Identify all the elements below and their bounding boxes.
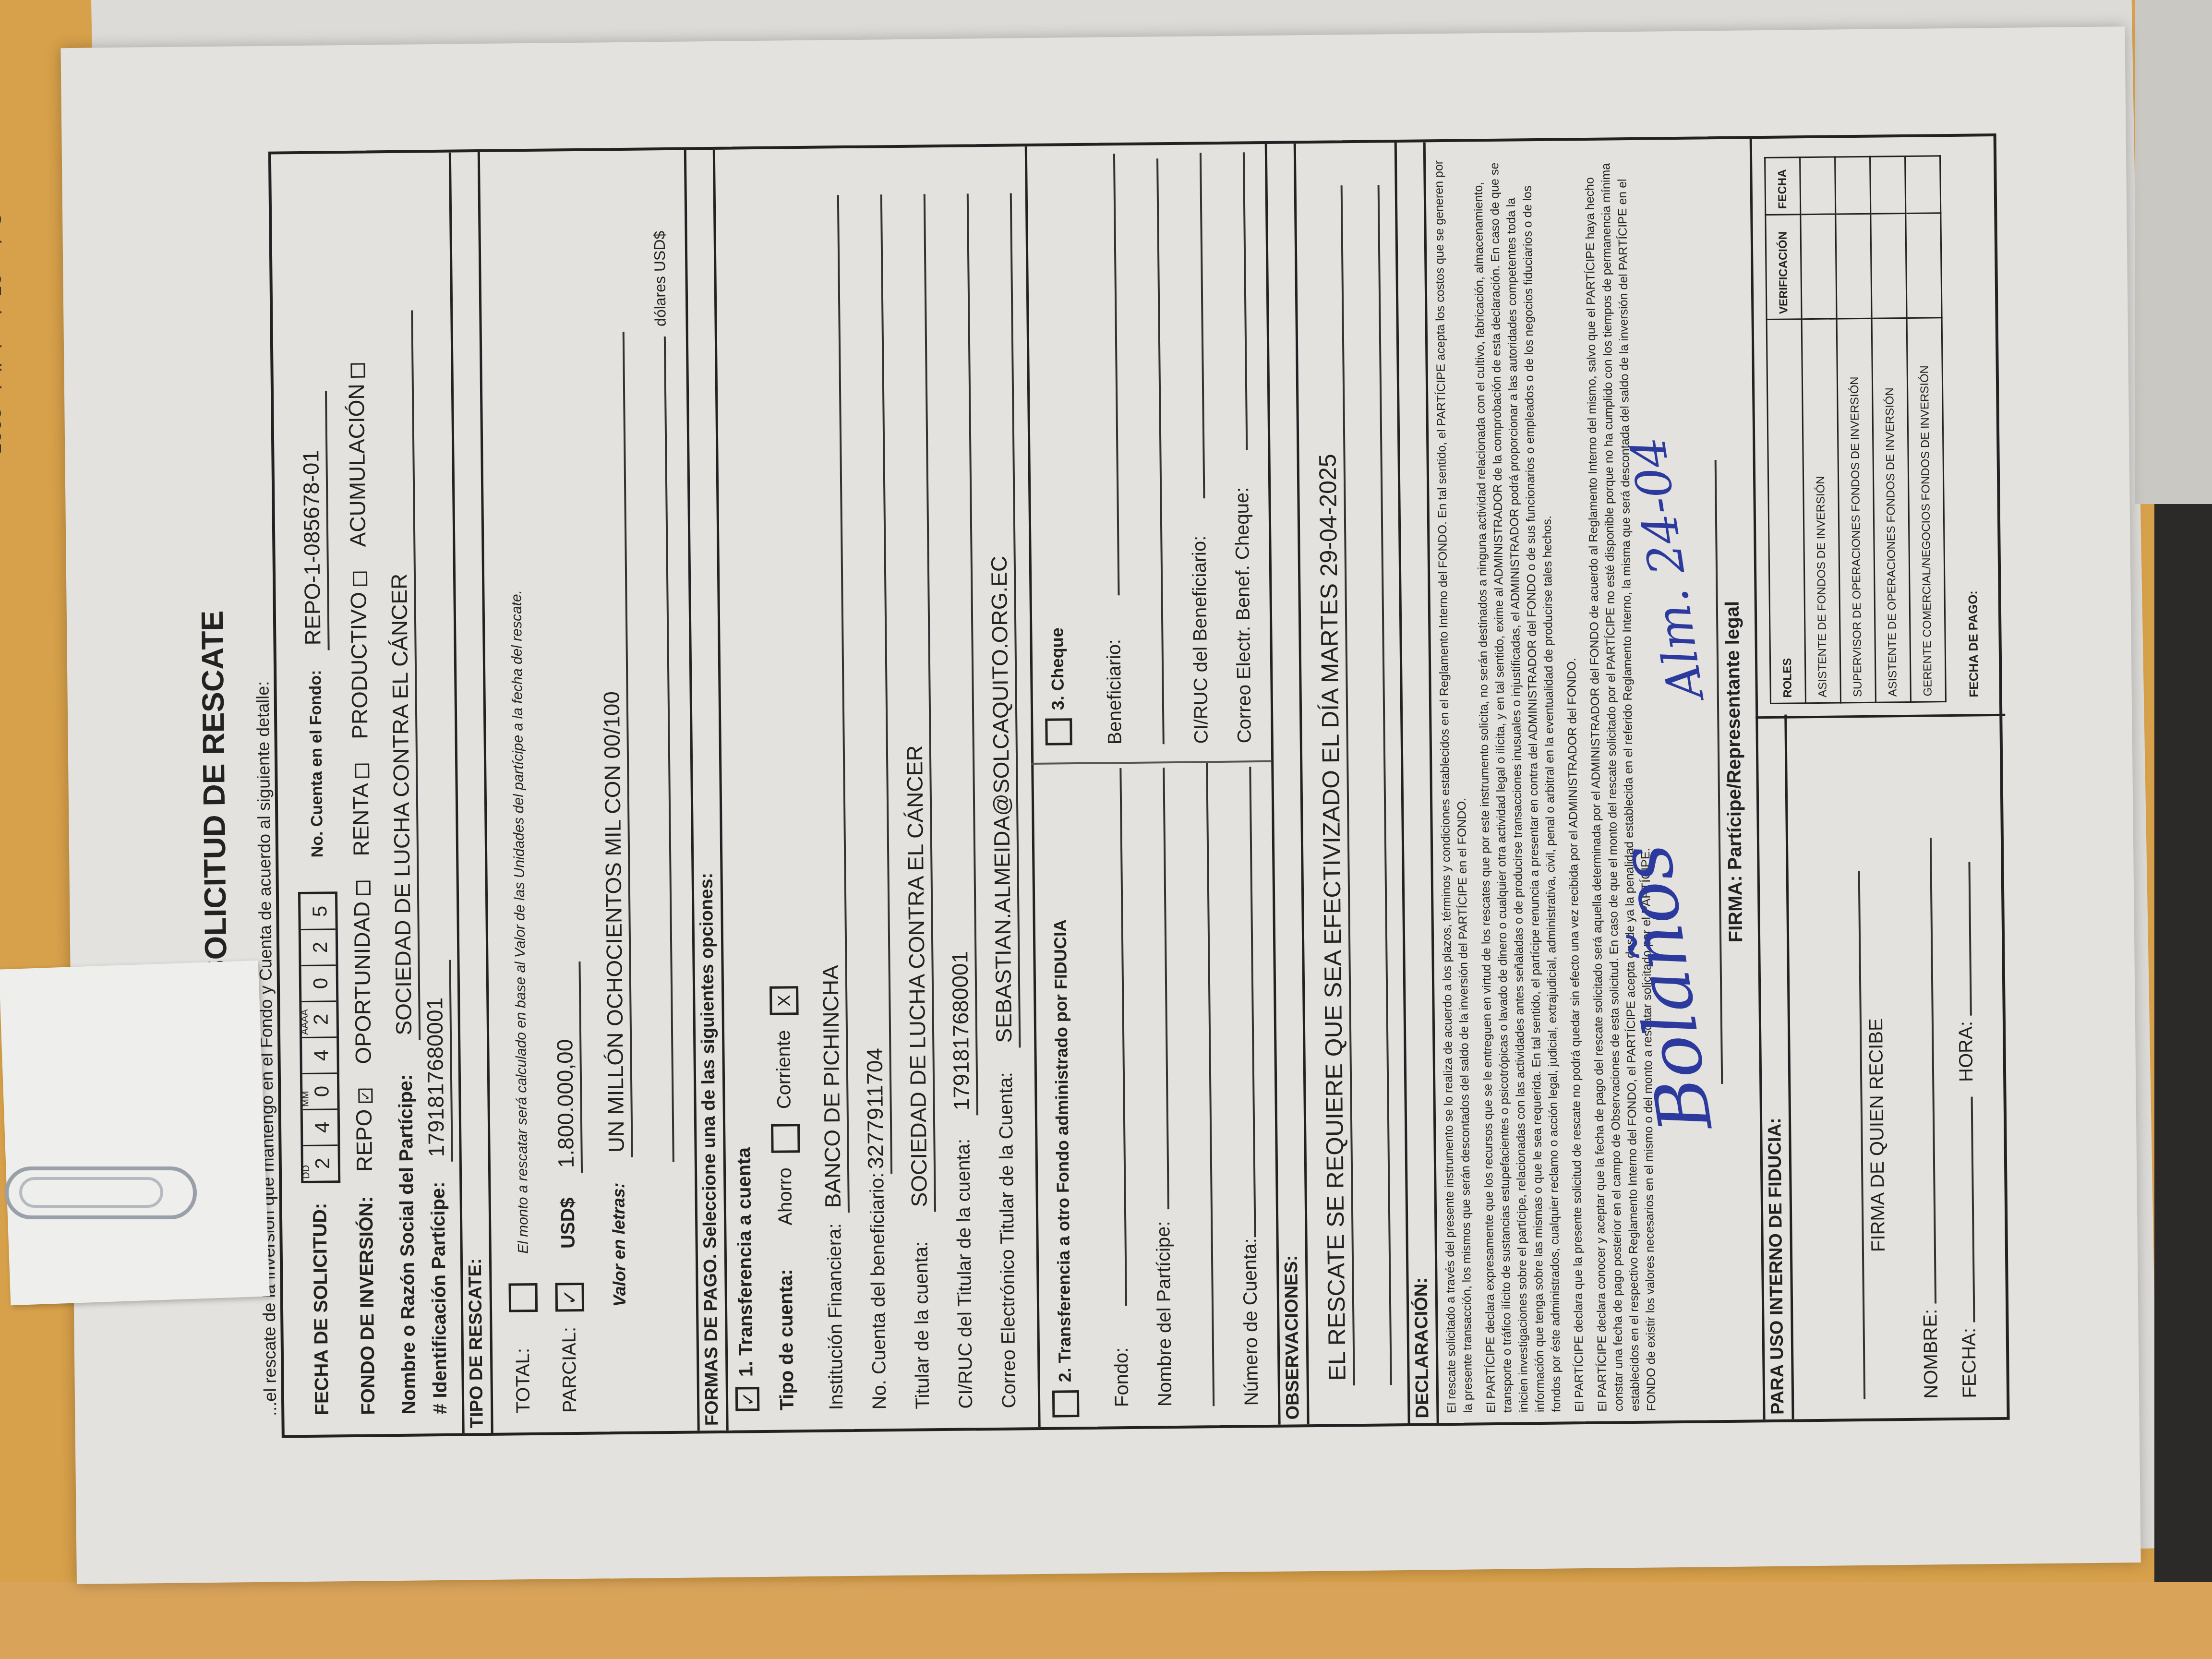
verificacion-cell[interactable] xyxy=(1836,214,1872,319)
background-right-strip xyxy=(2135,0,2212,504)
role-cell: ASISTENTE DE OPERACIONES FONDOS DE INVER… xyxy=(1872,318,1911,702)
date-digit: 4 xyxy=(303,1108,338,1145)
declaracion-heading: DECLARACIÓN: xyxy=(1411,1277,1433,1419)
table-row: GERENTE COMERCIAL/NEGOCIOS FONDOS DE INV… xyxy=(1905,156,1946,702)
date-digit: AAAA2 xyxy=(301,1000,337,1037)
roles-table: ROLES VERIFICACIÓN FECHA ASISTENTE DE FO… xyxy=(1764,155,1947,704)
nombre-recibe-field[interactable] xyxy=(1911,838,1936,1304)
observaciones-row: EL RESCATE SE REQUIERE QUE SEA EFECTIVIZ… xyxy=(1311,185,1355,1386)
cheque-beneficiario-row: Beneficiario: xyxy=(1092,154,1126,745)
firma-label: FIRMA: Partícipe/Representante legal xyxy=(1715,460,1749,1084)
observaciones-value[interactable]: EL RESCATE SE REQUIERE QUE SEA EFECTIVIZ… xyxy=(1311,185,1355,1386)
nombre-recibe-label: NOMBRE: xyxy=(1920,1309,1942,1399)
otro-fondo-nombre-row: Nombre del Partícipe: xyxy=(1142,768,1176,1407)
correo-titular-row: Correo Electrónico Titular de la Cuenta:… xyxy=(982,193,1025,1408)
tipo-cuenta-label: Tipo de cuenta: xyxy=(775,1269,798,1410)
cheque-beneficiario-field[interactable] xyxy=(1092,154,1120,595)
divider xyxy=(684,150,700,1431)
ahorro-label: Ahorro xyxy=(774,1167,796,1226)
otro-fondo-fondo-field[interactable] xyxy=(1098,768,1127,1306)
cheque-line-row xyxy=(1135,158,1169,745)
fecha-solicitud-label: FECHA DE SOLICITUD: xyxy=(309,1202,333,1415)
verificacion-cell[interactable] xyxy=(1871,213,1907,319)
cheque-option[interactable]: 3. Cheque xyxy=(1044,627,1072,745)
divider-vertical xyxy=(1755,714,2005,719)
letras-value[interactable]: UN MILLÓN OCHOCIENTOS MIL CON 00/100 xyxy=(595,332,633,1158)
nombre-recibe-row: NOMBRE: xyxy=(1911,838,1942,1399)
paperclip-inner-icon xyxy=(19,1177,163,1208)
sticky-note xyxy=(0,961,270,1305)
formas-pago-heading: FORMAS DE PAGO. Seleccione una de las si… xyxy=(697,873,723,1426)
ruc-titular-row: CI/RUC del Titular de la cuenta: 1791817… xyxy=(939,193,982,1409)
checkbox-empty-icon[interactable] xyxy=(508,1283,538,1312)
corriente-label: Corriente xyxy=(773,1030,795,1109)
verificacion-header: VERIFICACIÓN xyxy=(1766,214,1802,320)
transferencia-label: 1. Transferencia a cuenta xyxy=(733,1147,757,1377)
fondo-option-productivo[interactable]: PRODUCTIVO xyxy=(346,571,373,739)
fondo-option-renta[interactable]: RENTA xyxy=(348,764,373,856)
cheque-correo-label: Correo Electr. Benef. Cheque: xyxy=(1231,455,1256,743)
declaracion-text: El rescate solicitado a través del prese… xyxy=(1431,149,1666,1413)
total-label: TOTAL: xyxy=(512,1317,534,1413)
declaracion-paragraph: El rescate solicitado a través del prese… xyxy=(1431,152,1477,1414)
total-note: El monto a rescatar será calculado en ba… xyxy=(508,590,531,1254)
role-cell: ASISTENTE DE FONDOS DE INVERSIÓN xyxy=(1802,319,1840,703)
observaciones-field-2[interactable] xyxy=(1357,185,1392,1385)
firma-row: FIRMA: Partícipe/Representante legal xyxy=(1715,460,1749,1084)
otro-fondo-label: 2. Transferencia a otro Fondo administra… xyxy=(1050,919,1074,1382)
correo-titular-label: Correo Electrónico Titular de la Cuenta: xyxy=(995,1053,1021,1408)
amount-value[interactable]: 1.800.000,00 xyxy=(551,962,583,1173)
participe-name-value[interactable]: SOCIEDAD DE LUCHA CONTRA EL CÁNCER xyxy=(383,310,421,1040)
background-dark-corner xyxy=(2154,504,2212,1659)
fecha-cell[interactable] xyxy=(1870,156,1906,213)
fondo-option-oportunidad[interactable]: OPORTUNIDAD xyxy=(349,881,376,1064)
firma-recibe-label: FIRMA DE QUIEN RECIBE xyxy=(1858,871,1891,1399)
letras-line-2[interactable] xyxy=(643,337,674,1162)
dolares-label: dólares USD$ xyxy=(651,231,669,327)
otro-fondo-numero-label: Número de Cuenta: xyxy=(1239,1242,1263,1406)
uso-interno-heading: PARA USO INTERNO DE FIDUCIA: xyxy=(1765,1118,1788,1415)
transferencia-option[interactable]: ✓ 1. Transferencia a cuenta xyxy=(733,1147,760,1411)
ruc-titular-value[interactable]: 1791817680001 xyxy=(939,193,978,1116)
fecha-hora-row: FECHA: HORA: xyxy=(1949,862,1981,1398)
table-row: SUPERVISOR DE OPERACIONES FONDOS DE INVE… xyxy=(1835,156,1876,703)
fecha-recibe-field[interactable] xyxy=(1952,1097,1975,1322)
checkbox-empty-icon[interactable] xyxy=(353,571,367,586)
cuenta-beneficiario-value[interactable]: 3277911704 xyxy=(853,194,892,1174)
parcial-row: PARCIAL: ✓ USD$ 1.800.000,00 xyxy=(551,962,585,1413)
fecha-cell[interactable] xyxy=(1800,157,1836,214)
total-row: TOTAL: El monto a rescatar será calculad… xyxy=(501,590,539,1414)
cuenta-beneficiario-row: No. Cuenta del beneficiario: 3277911704 xyxy=(853,194,895,1410)
date-digit: 4 xyxy=(302,1036,337,1073)
fondo-option-acumulacion[interactable]: ACUMULACIÓN xyxy=(343,363,370,547)
roles-header: ROLES xyxy=(1767,319,1805,703)
titular-value[interactable]: SOCIEDAD DE LUCHA CONTRA EL CÁNCER xyxy=(896,194,936,1212)
divider xyxy=(1750,139,1766,1419)
date-digit: MM0 xyxy=(302,1072,337,1109)
rescate-form: SOLICITUD DE RESCATE ...el rescate de la… xyxy=(268,133,2010,1438)
cheque-beneficiario-label: Beneficiario: xyxy=(1103,601,1126,745)
cheque-ruc-row: CI/RUC del Beneficiario: xyxy=(1178,153,1213,744)
divider-vertical xyxy=(1031,760,1271,765)
checkbox-empty-icon[interactable] xyxy=(355,764,369,778)
fecha-cell[interactable] xyxy=(1905,156,1941,213)
titular-label: Titular de la cuenta: xyxy=(910,1217,934,1409)
checkbox-empty-icon[interactable] xyxy=(350,363,365,377)
background-date-text: Quito, 25 de abril de 2025 xyxy=(0,211,5,454)
envelope-bottom xyxy=(0,1582,2212,1659)
fecha-cell[interactable] xyxy=(1835,156,1871,214)
letras-row: Valor en letras: UN MILLÓN OCHOCIENTOS M… xyxy=(595,332,636,1413)
cheque-extra-field[interactable] xyxy=(1135,158,1165,744)
checkbox-empty-icon[interactable] xyxy=(771,1124,800,1153)
letras-label: Valor en letras: xyxy=(608,1163,630,1307)
cheque-label: 3. Cheque xyxy=(1047,627,1068,710)
cuenta-fondo-label: No. Cuenta en el Fondo: xyxy=(306,670,326,857)
checkbox-empty-icon[interactable] xyxy=(1052,1390,1080,1418)
checkbox-checked-icon[interactable]: ✓ xyxy=(358,1089,373,1103)
checkbox-checked-icon[interactable]: ✓ xyxy=(735,1387,760,1411)
ruc-titular-label: CI/RUC del Titular de la cuenta: xyxy=(952,1120,977,1408)
participe-id-row: # Identificación Partícipe: 179181768000… xyxy=(421,960,456,1414)
otro-fondo-extra-field[interactable] xyxy=(1185,763,1214,1406)
participe-name-label: Nombre o Razón Social del Partícipe: xyxy=(395,1074,420,1414)
divider xyxy=(1294,144,1310,1424)
otro-fondo-nombre-field[interactable] xyxy=(1142,768,1169,1209)
divider xyxy=(1265,144,1281,1425)
otro-fondo-fondo-label: Fondo: xyxy=(1110,1311,1133,1407)
participe-id-label: # Identificación Partícipe: xyxy=(427,1181,451,1414)
declaracion-paragraph: El PARTÍCIPE declara conocer y aceptar q… xyxy=(1581,150,1660,1412)
divider xyxy=(1025,146,1041,1427)
otro-fondo-numero-row: Número de Cuenta: xyxy=(1228,767,1262,1406)
cheque-correo-field[interactable] xyxy=(1222,152,1248,450)
verificacion-cell[interactable] xyxy=(1906,213,1942,318)
checkbox-checked-icon[interactable]: ✓ xyxy=(555,1283,585,1312)
otro-fondo-option[interactable]: 2. Transferencia a otro Fondo administra… xyxy=(1047,919,1080,1418)
institucion-label: Institución Financiera: xyxy=(824,1218,847,1410)
fondo-inversion-label: FONDO DE INVERSIÓN: xyxy=(356,1196,379,1415)
checkbox-empty-icon[interactable] xyxy=(356,881,371,895)
otro-fondo-line-row xyxy=(1185,763,1219,1407)
otro-fondo-nombre-label: Nombre del Partícipe: xyxy=(1153,1214,1176,1407)
firma-recibe-row: FIRMA DE QUIEN RECIBE xyxy=(1858,871,1891,1399)
letras-row-2: dólares USD$ xyxy=(642,231,679,1163)
fecha-solicitud-row: FECHA DE SOLICITUD: DD2 4 MM0 4 AAAA2 0 … xyxy=(293,391,343,1416)
correo-titular-value[interactable]: SEBASTIAN.ALMEIDA@SOLCAQUITO.ORG.EC xyxy=(982,193,1021,1048)
cheque-correo-row: Correo Electr. Benef. Cheque: xyxy=(1222,152,1256,744)
role-cell: SUPERVISOR DE OPERACIONES FONDOS DE INVE… xyxy=(1837,319,1875,703)
checkbox-x-icon[interactable]: X xyxy=(769,986,799,1015)
divider xyxy=(478,152,493,1433)
declaracion-paragraph: El PARTÍCIPE declara expresamente que lo… xyxy=(1470,151,1565,1413)
fondo-option-repo[interactable]: REPO ✓ xyxy=(351,1089,377,1172)
table-row: ASISTENTE DE OPERACIONES FONDOS DE INVER… xyxy=(1870,156,1911,702)
tipo-cuenta-row: Tipo de cuenta: Ahorro Corriente X xyxy=(769,986,803,1411)
form-page: SOLICITUD DE RESCATE ...el rescate de la… xyxy=(60,26,2140,1584)
otro-fondo-fondo-row: Fondo: xyxy=(1098,768,1133,1407)
cheque-ruc-field[interactable] xyxy=(1178,153,1205,498)
participe-name-row: Nombre o Razón Social del Partícipe: SOC… xyxy=(383,310,424,1415)
institucion-row: Institución Financiera: BANCO DE PICHINC… xyxy=(809,195,852,1410)
cheque-ruc-label: CI/RUC del Beneficiario: xyxy=(1189,504,1213,744)
verificacion-cell[interactable] xyxy=(1801,214,1837,320)
date-digit: DD2 xyxy=(303,1144,338,1181)
table-row: ASISTENTE DE FONDOS DE INVERSIÓN xyxy=(1800,157,1841,703)
currency-label: USD$ xyxy=(557,1197,579,1249)
date-digit: 2 xyxy=(301,928,336,965)
titular-row: Titular de la cuenta: SOCIEDAD DE LUCHA … xyxy=(896,194,938,1409)
observaciones-line-2 xyxy=(1357,185,1397,1385)
hora-recibe-field[interactable] xyxy=(1949,862,1972,1016)
fecha-recibe-label: FECHA: xyxy=(1959,1328,1981,1398)
fecha-header: FECHA xyxy=(1765,157,1801,215)
fecha-pago-label: FECHA DE PAGO: xyxy=(1966,590,1982,697)
hora-recibe-label: HORA: xyxy=(1955,1021,1977,1082)
table-header-row: ROLES VERIFICACIÓN FECHA xyxy=(1765,157,1806,704)
cuenta-fondo-value[interactable]: REPO-1-085678-01 xyxy=(297,391,330,650)
date-digit: 0 xyxy=(301,964,337,1001)
fondo-inversion-row: FONDO DE INVERSIÓN: REPO ✓ OPORTUNIDAD R… xyxy=(343,363,380,1415)
fecha-solicitud-grid[interactable]: DD2 4 MM0 4 AAAA2 0 2 5 xyxy=(298,891,340,1183)
divider xyxy=(1395,143,1410,1423)
checkbox-empty-icon[interactable] xyxy=(1045,718,1072,745)
otro-fondo-numero-field[interactable] xyxy=(1228,767,1256,1237)
cuenta-beneficiario-label: No. Cuenta del beneficiario: xyxy=(866,1179,890,1409)
tipo-rescate-heading: TIPO DE RESCATE: xyxy=(465,1258,488,1428)
observaciones-heading: OBSERVACIONES: xyxy=(1281,1255,1304,1419)
parcial-label: PARCIAL: xyxy=(558,1317,581,1413)
role-cell: GERENTE COMERCIAL/NEGOCIOS FONDOS DE INV… xyxy=(1907,318,1946,702)
date-digit: 5 xyxy=(301,894,336,929)
institucion-value[interactable]: BANCO DE PICHINCHA xyxy=(809,195,850,1213)
participe-id-value[interactable]: 1791817680001 xyxy=(421,960,453,1162)
